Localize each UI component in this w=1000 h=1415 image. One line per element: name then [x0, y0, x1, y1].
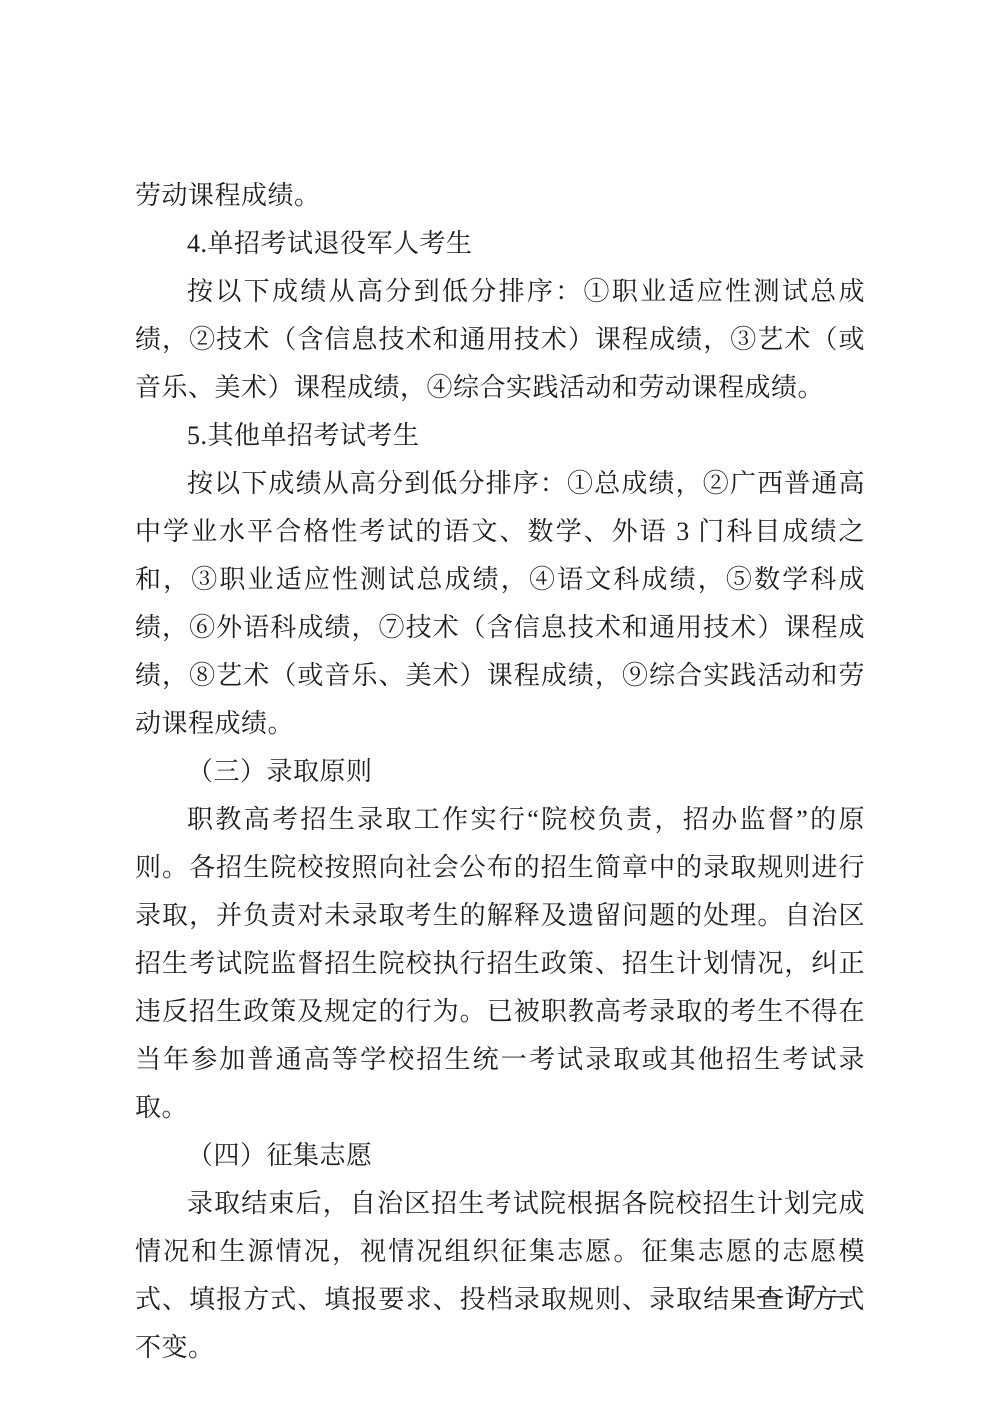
page-number: — 17 —: [757, 1280, 848, 1309]
paragraph-ranking-other: 按以下成绩从高分到低分排序：①总成绩，②广西普通高中学业水平合格性考试的语文、数…: [135, 460, 865, 748]
section-heading-supplementary-volunteering: （四）征集志愿: [135, 1132, 865, 1180]
document-body: 劳动课程成绩。 4.单招考试退役军人考生 按以下成绩从高分到低分排序：①职业适应…: [135, 172, 865, 1372]
section-heading-admission-principles: （三）录取原则: [135, 748, 865, 796]
document-page: 劳动课程成绩。 4.单招考试退役军人考生 按以下成绩从高分到低分排序：①职业适应…: [0, 0, 1000, 1415]
paragraph-continuation: 劳动课程成绩。: [135, 172, 865, 220]
paragraph-ranking-veterans: 按以下成绩从高分到低分排序：①职业适应性测试总成绩，②技术（含信息技术和通用技术…: [135, 268, 865, 412]
subsection-heading-4: 4.单招考试退役军人考生: [135, 220, 865, 268]
paragraph-admission-principles: 职教高考招生录取工作实行“院校负责，招办监督”的原则。各招生院校按照向社会公布的…: [135, 796, 865, 1132]
page-footer: — 17 —: [731, 1244, 848, 1346]
subsection-heading-5: 5.其他单招考试考生: [135, 412, 865, 460]
